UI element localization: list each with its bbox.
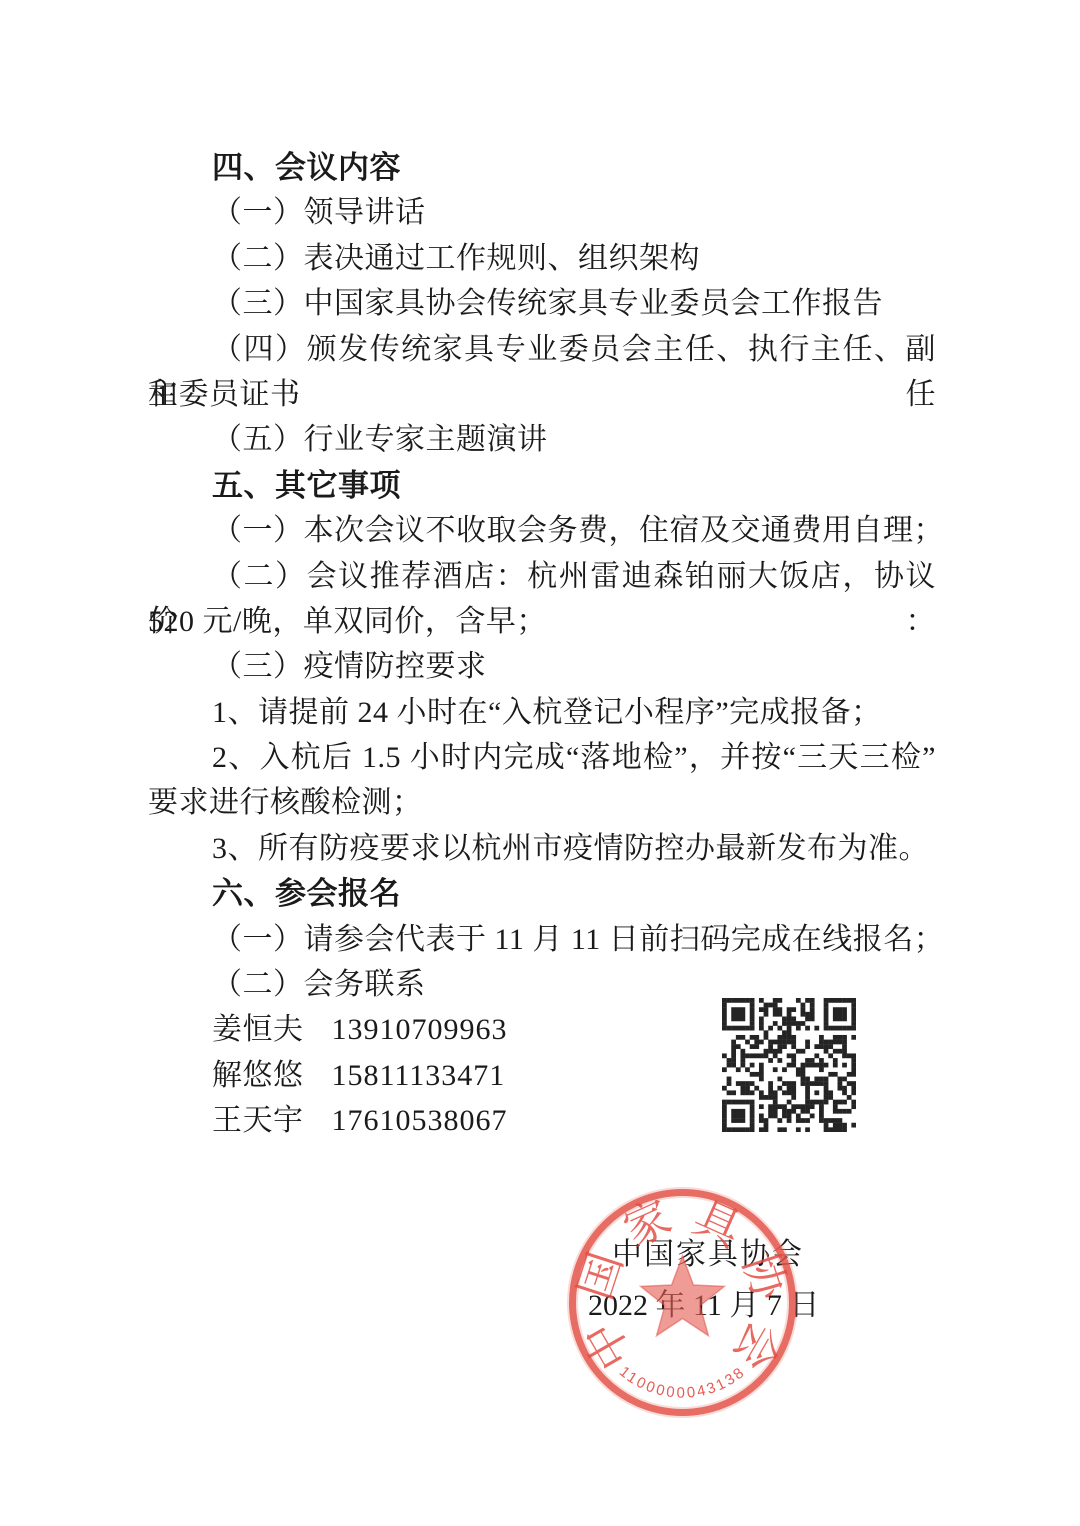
body-line: （三）中国家具协会传统家具专业委员会工作报告	[148, 281, 936, 326]
registration-qr-code	[722, 998, 856, 1132]
contact-phone: 17610538067	[332, 1104, 508, 1137]
body-line: 1、请提前 24 小时在“入杭登记小程序”完成报备；	[148, 690, 936, 735]
signature-org: 中国家具协会	[612, 1232, 804, 1277]
body-line: （四）颁发传统家具专业委员会主任、执行主任、副主任	[148, 327, 936, 372]
body-line: 2、入杭后 1.5 小时内完成“落地检”，并按“三天三检”	[148, 735, 936, 780]
body-line: （三）疫情防控要求	[148, 644, 936, 689]
section-heading: 六、参会报名	[148, 871, 936, 916]
seal-number: 1100000043138	[616, 1363, 749, 1401]
contact-phone: 15811133471	[332, 1059, 506, 1092]
body-line: （一）请参会代表于 11 月 11 日前扫码完成在线报名；	[148, 917, 936, 962]
contact-phone: 13910709963	[332, 1013, 508, 1046]
contact-name: 王天宇	[212, 1104, 304, 1137]
body-line: （一）本次会议不收取会务费，住宿及交通费用自理；	[148, 508, 936, 553]
section-heading: 四、会议内容	[148, 145, 936, 190]
body-line: （五）行业专家主题演讲	[148, 417, 936, 462]
body-line: （一）领导讲话	[148, 190, 936, 235]
contact-name: 姜恒夫	[212, 1013, 304, 1046]
body-line: （二）会议推荐酒店：杭州雷迪森铂丽大饭店，协议价：	[148, 554, 936, 599]
contact-name: 解悠悠	[212, 1059, 304, 1092]
document-body: 四、会议内容（一）领导讲话（二）表决通过工作规则、组织架构（三）中国家具协会传统…	[148, 145, 936, 1144]
body-line: （二）表决通过工作规则、组织架构	[148, 236, 936, 281]
signature-date: 2022 年 11 月 7 日	[588, 1283, 819, 1328]
body-line: 3、所有防疫要求以杭州市疫情防控办最新发布为准。	[148, 826, 936, 871]
body-line: 要求进行核酸检测；	[148, 780, 936, 825]
document-page: 四、会议内容（一）领导讲话（二）表决通过工作规则、组织架构（三）中国家具协会传统…	[0, 0, 1080, 1526]
section-heading: 五、其它事项	[148, 463, 936, 508]
